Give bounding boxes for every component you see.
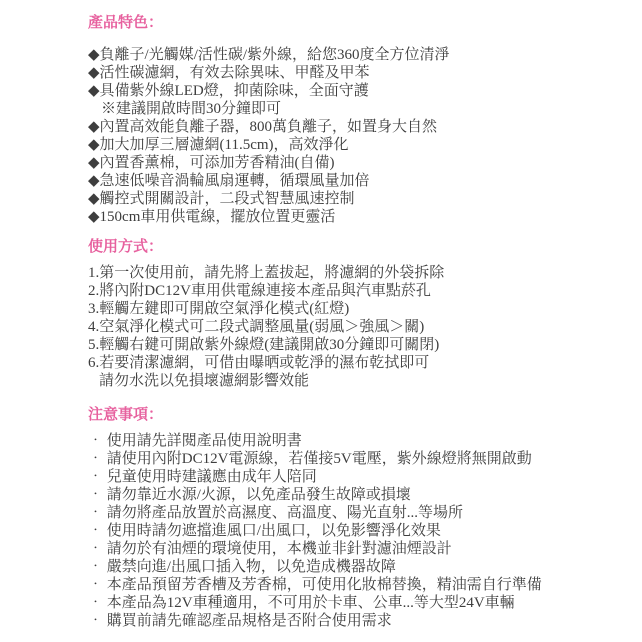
usage-step: 4.空氣淨化模式可二段式調整風量(弱風＞強風＞關) xyxy=(88,318,632,336)
note-item: ‧ 請使用內附DC12V電源線，若僅接5V電壓，紫外線燈將無開啟動 xyxy=(88,450,632,468)
usage-step-continuation: 請勿水洗以免損壞濾網影響效能 xyxy=(88,372,632,390)
note-item: ‧ 請勿將產品放置於高濕度、高溫度、陽光直射...等場所 xyxy=(88,504,632,522)
note-item: ‧ 本產品為12V車種適用，不可用於卡車、公車...等大型24V車輛 xyxy=(88,594,632,612)
usage-step: 3.輕觸左鍵即可開啟空氣淨化模式(紅燈) xyxy=(88,300,632,318)
feature-item: ◆負離子/光觸媒/活性碳/紫外線，給您360度全方位清淨 xyxy=(88,46,632,64)
notes-title: 注意事項： xyxy=(88,406,632,424)
note-item: ‧ 嚴禁向進/出風口插入物，以免造成機器故障 xyxy=(88,558,632,576)
note-item: ‧ 使用請先詳閱產品使用說明書 xyxy=(88,432,632,450)
note-item: ‧ 本產品預留芳香槽及芳香棉，可使用化妝棉替換，精油需自行準備 xyxy=(88,576,632,594)
note-item: ‧ 使用時請勿遮擋進風口/出風口，以免影響淨化效果 xyxy=(88,522,632,540)
feature-item: ◆觸控式開關設計，二段式智慧風速控制 xyxy=(88,190,632,208)
usage-step: 5.輕觸右鍵可開啟紫外線燈(建議開啟30分鐘即可關閉) xyxy=(88,336,632,354)
product-description: 產品特色： ◆負離子/光觸媒/活性碳/紫外線，給您360度全方位清淨 ◆活性碳濾… xyxy=(0,0,642,630)
feature-subnote: ※建議開啟時間30分鐘即可 xyxy=(88,100,632,118)
note-item: ‧ 兒童使用時建議應由成年人陪同 xyxy=(88,468,632,486)
usage-step: 2.將內附DC12V車用供電線連接本產品與汽車點菸孔 xyxy=(88,282,632,300)
usage-step: 6.若要清潔濾網，可借由曝晒或乾淨的濕布乾拭即可 xyxy=(88,354,632,372)
notes-section: 注意事項： ‧ 使用請先詳閱產品使用說明書 ‧ 請使用內附DC12V電源線，若僅… xyxy=(88,406,632,630)
notes-list: ‧ 使用請先詳閱產品使用說明書 ‧ 請使用內附DC12V電源線，若僅接5V電壓，… xyxy=(88,432,632,630)
usage-title: 使用方式： xyxy=(88,238,632,256)
feature-item: ◆具備紫外線LED燈，抑菌除味，全面守護 xyxy=(88,82,632,100)
note-item: ‧ 請勿於有油煙的環境使用，本機並非針對濾油煙設計 xyxy=(88,540,632,558)
feature-item: ◆內置香薰棉，可添加芳香精油(自備) xyxy=(88,154,632,172)
usage-step: 1.第一次使用前，請先將上蓋拔起，將濾網的外袋拆除 xyxy=(88,264,632,282)
usage-section: 使用方式： 1.第一次使用前，請先將上蓋拔起，將濾網的外袋拆除 2.將內附DC1… xyxy=(88,238,632,390)
note-item: ‧ 購買前請先確認產品規格是否附合使用需求 xyxy=(88,612,632,630)
feature-item: ◆急速低噪音渦輪風扇運轉，循環風量加倍 xyxy=(88,172,632,190)
note-item: ‧ 請勿靠近水源/火源，以免產品發生故障或損壞 xyxy=(88,486,632,504)
features-section: 產品特色： ◆負離子/光觸媒/活性碳/紫外線，給您360度全方位清淨 ◆活性碳濾… xyxy=(88,14,632,226)
usage-list: 1.第一次使用前，請先將上蓋拔起，將濾網的外袋拆除 2.將內附DC12V車用供電… xyxy=(88,264,632,390)
feature-item: ◆內置高效能負離子器，800萬負離子，如置身大自然 xyxy=(88,118,632,136)
feature-item: ◆150cm車用供電線，擺放位置更靈活 xyxy=(88,208,632,226)
feature-item: ◆加大加厚三層濾網(11.5cm)，高效淨化 xyxy=(88,136,632,154)
features-title: 產品特色： xyxy=(88,14,632,32)
features-list: ◆負離子/光觸媒/活性碳/紫外線，給您360度全方位清淨 ◆活性碳濾網，有效去除… xyxy=(88,46,632,226)
feature-item: ◆活性碳濾網，有效去除異味、甲醛及甲苯 xyxy=(88,64,632,82)
